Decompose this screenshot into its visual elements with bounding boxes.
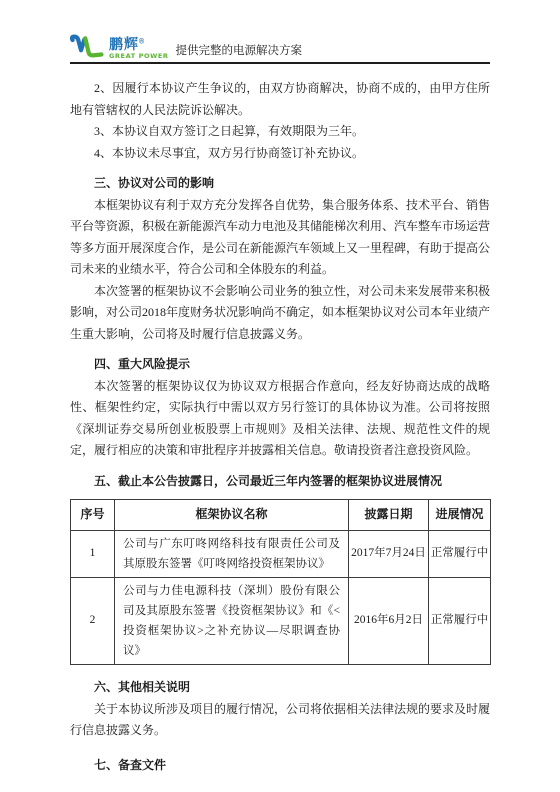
announcement-body: 2、因履行本协议产生争议的，由双方协商解决，协商不成的，由甲方住所地有管辖权的人… bbox=[70, 78, 490, 776]
paragraph-risk-detail: 本次签署的框架协议仅为协议双方根据合作意向，经友好协商达成的战略性、框架性约定，… bbox=[70, 376, 490, 462]
cell-disclosure-date: 2017年7月24日 bbox=[349, 531, 429, 578]
brand-cn-text: 鹏辉 bbox=[109, 36, 139, 52]
section-heading-7-documents: 七、备查文件 bbox=[70, 755, 490, 777]
company-tagline: 提供完整的电源解决方案 bbox=[176, 42, 303, 59]
letterhead: 鹏辉® GREAT POWER 提供完整的电源解决方案 bbox=[70, 33, 490, 64]
paragraph-impact-detail: 本框架协议有利于双方充分发挥各自优势，集合服务体系、技术平台、销售平台等资源，积… bbox=[70, 195, 490, 281]
header-rule bbox=[70, 62, 490, 64]
cell-disclosure-date: 2016年6月2日 bbox=[349, 578, 429, 665]
cell-agreement-name: 公司与力佳电源科技（深圳）股份有限公司及其原股东签署《投资框架协议》和《<投资框… bbox=[115, 578, 349, 665]
section-heading-3-impact: 三、协议对公司的影响 bbox=[70, 173, 490, 195]
agreements-table: 序号 框架协议名称 披露日期 进展情况 1 公司与广东叮咚网络科技有限责任公司及… bbox=[70, 499, 491, 665]
col-header-no: 序号 bbox=[71, 500, 115, 531]
brand-name-en: GREAT POWER bbox=[109, 53, 169, 60]
paragraph-supplementary-agreement: 4、本协议未尽事宜，双方另行协商签订补充协议。 bbox=[70, 143, 490, 165]
cell-progress: 正常履行中 bbox=[429, 531, 491, 578]
cell-progress: 正常履行中 bbox=[429, 578, 491, 665]
logo: 鹏辉® GREAT POWER 提供完整的电源解决方案 bbox=[70, 33, 490, 59]
section-heading-4-risk: 四、重大风险提示 bbox=[70, 354, 490, 376]
document-page: 鹏辉® GREAT POWER 提供完整的电源解决方案 2、因履行本协议产生争议… bbox=[0, 0, 560, 792]
section-heading-6-other: 六、其他相关说明 bbox=[70, 677, 490, 699]
great-power-logo-icon bbox=[70, 33, 104, 59]
paragraph-other-detail: 关于本协议所涉及项目的履行情况，公司将依据相关法律法规的要求及时履行信息披露义务… bbox=[70, 699, 490, 742]
col-header-agreement-name: 框架协议名称 bbox=[115, 500, 349, 531]
col-header-progress: 进展情况 bbox=[429, 500, 491, 531]
brand-name-cn: 鹏辉® bbox=[109, 37, 169, 51]
brand-block: 鹏辉® GREAT POWER bbox=[109, 37, 169, 60]
table-header-row: 序号 框架协议名称 披露日期 进展情况 bbox=[71, 500, 491, 531]
cell-agreement-name: 公司与广东叮咚网络科技有限责任公司及其原股东签署《叮咚网络投资框架协议》 bbox=[115, 531, 349, 578]
table-row: 1 公司与广东叮咚网络科技有限责任公司及其原股东签署《叮咚网络投资框架协议》 2… bbox=[71, 531, 491, 578]
table-row: 2 公司与力佳电源科技（深圳）股份有限公司及其原股东签署《投资框架协议》和《<投… bbox=[71, 578, 491, 665]
section-heading-5-progress: 五、截止本公告披露日，公司最近三年内签署的框架协议进展情况 bbox=[70, 471, 490, 493]
cell-no: 2 bbox=[71, 578, 115, 665]
paragraph-validity-period: 3、本协议自双方签订之日起算，有效期限为三年。 bbox=[70, 121, 490, 143]
paragraph-independence: 本次签署的框架协议不会影响公司业务的独立性，对公司未来发展带来积极影响，对公司2… bbox=[70, 281, 490, 346]
col-header-disclosure-date: 披露日期 bbox=[349, 500, 429, 531]
trademark-symbol: ® bbox=[139, 38, 144, 45]
cell-no: 1 bbox=[71, 531, 115, 578]
paragraph-dispute-resolution: 2、因履行本协议产生争议的，由双方协商解决，协商不成的，由甲方住所地有管辖权的人… bbox=[70, 78, 490, 121]
